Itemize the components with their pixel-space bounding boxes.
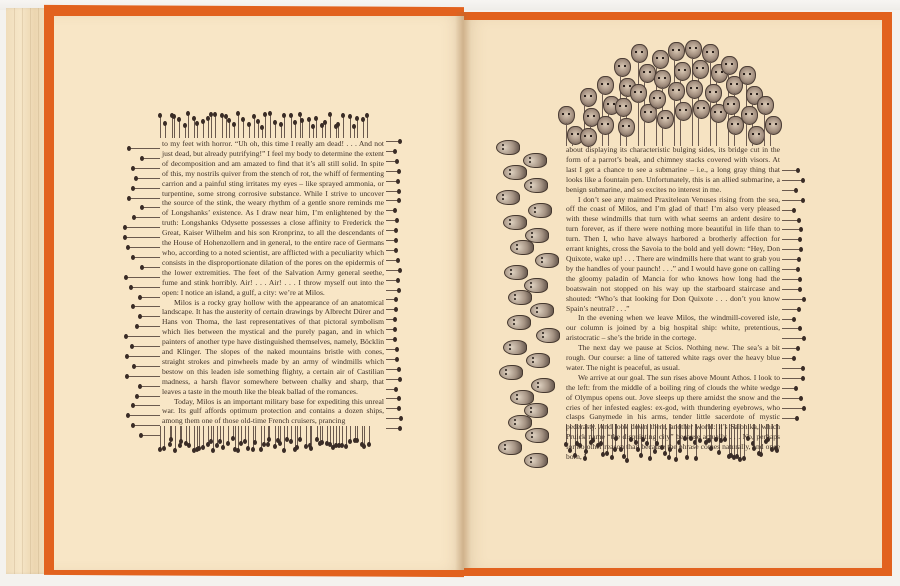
pin-mark	[386, 290, 398, 291]
pin-mark	[165, 124, 166, 138]
pin-mark	[126, 237, 160, 238]
pin-mark	[350, 117, 351, 138]
pin-mark	[327, 426, 328, 443]
pin-mark	[350, 426, 351, 441]
pin-mark	[300, 426, 301, 439]
pin-mark	[782, 328, 799, 329]
pin-mark	[386, 151, 394, 152]
paragraph: Today, Milos is an important military ba…	[162, 397, 384, 427]
drawn-head	[631, 44, 648, 63]
pin-mark	[386, 408, 398, 409]
pin-mark	[248, 426, 249, 448]
pin-mark	[782, 338, 803, 339]
drawn-head	[498, 440, 522, 455]
pin-mark	[134, 306, 160, 307]
drawn-head	[536, 328, 560, 343]
drawn-head	[685, 40, 702, 59]
drawn-head	[614, 58, 631, 77]
pin-mark	[141, 316, 160, 317]
pin-mark	[197, 124, 198, 138]
pin-mark	[386, 161, 396, 162]
pin-mark	[363, 120, 364, 138]
drawn-head	[530, 303, 554, 318]
pin-mark	[132, 287, 160, 288]
pin-mark	[386, 191, 398, 192]
pin-mark	[215, 115, 216, 138]
pin-mark	[141, 386, 160, 387]
pin-mark	[782, 279, 799, 280]
pin-mark	[302, 121, 303, 138]
pin-mark	[386, 260, 397, 261]
pin-mark	[203, 426, 204, 447]
pin-mark	[782, 388, 795, 389]
pin-mark	[129, 415, 160, 416]
drawn-head	[748, 126, 765, 145]
pin-mark	[186, 426, 187, 443]
pin-mark	[269, 426, 270, 439]
pin-mark	[265, 115, 266, 138]
pin-mark	[130, 148, 160, 149]
pin-mark	[238, 114, 239, 138]
pin-mark	[782, 220, 798, 221]
drawn-head	[503, 165, 527, 180]
pin-mark	[339, 426, 340, 445]
pin-mark	[143, 158, 160, 159]
pin-mark	[357, 119, 358, 138]
pin-mark	[171, 426, 172, 439]
pin-mark	[316, 119, 317, 138]
pin-mark	[174, 117, 175, 138]
drawn-head	[499, 365, 523, 380]
pin-mark	[313, 127, 314, 138]
head-stem	[716, 121, 717, 146]
drawn-head	[721, 56, 738, 75]
drawn-head	[674, 62, 691, 81]
pin-mark	[228, 426, 229, 443]
drawn-head	[723, 96, 740, 115]
pin-mark	[291, 426, 292, 441]
pin-mark	[782, 418, 796, 419]
pin-mark	[203, 122, 204, 138]
pin-illustration-top-left	[160, 112, 370, 138]
drawn-head	[525, 428, 549, 443]
heads-illustration-top	[548, 36, 778, 146]
pin-mark	[386, 329, 394, 330]
pin-mark	[137, 178, 160, 179]
pin-mark	[194, 426, 195, 450]
pin-mark	[386, 181, 397, 182]
drawn-head	[597, 76, 614, 95]
pin-mark	[386, 418, 400, 419]
pin-mark	[782, 180, 802, 181]
head-stem	[662, 127, 663, 146]
pin-mark	[386, 389, 395, 390]
drawn-head	[657, 110, 674, 129]
pin-mark	[189, 426, 190, 445]
pin-mark	[254, 117, 255, 138]
left-page-text: to my feet with horror. “Uh oh, this tim…	[162, 139, 384, 426]
drawn-head	[523, 153, 547, 168]
pin-mark	[386, 141, 399, 142]
pin-mark	[142, 435, 160, 436]
drawn-head	[510, 240, 534, 255]
pin-mark	[782, 200, 802, 201]
pin-mark	[249, 125, 250, 138]
drawn-head	[765, 116, 782, 135]
pin-mark	[127, 277, 160, 278]
pin-mark	[336, 426, 337, 445]
pin-mark	[172, 116, 173, 139]
head-stem	[698, 117, 699, 146]
drawn-head	[503, 340, 527, 355]
pin-mark	[129, 247, 160, 248]
pin-mark	[357, 426, 358, 440]
paragraph: We arrive at our goal. The sun rises abo…	[566, 373, 780, 462]
pin-mark	[336, 127, 337, 138]
pin-mark	[270, 114, 271, 138]
pin-mark	[354, 127, 355, 139]
pin-mark	[179, 120, 180, 138]
drawn-head	[524, 178, 548, 193]
pin-mark	[346, 426, 347, 446]
pin-mark	[782, 408, 803, 409]
head-stem	[656, 107, 657, 146]
pin-mark	[297, 426, 298, 447]
pin-mark	[362, 426, 363, 444]
pin-mark	[325, 123, 326, 138]
drawn-head	[535, 253, 559, 268]
drawn-head	[528, 203, 552, 218]
pin-mark	[386, 280, 397, 281]
pin-mark	[386, 379, 399, 380]
pin-mark	[782, 170, 797, 171]
pin-mark	[317, 426, 318, 439]
pin-mark	[181, 426, 182, 441]
pin-mark	[234, 125, 235, 138]
pin-mark	[134, 168, 160, 169]
pin-mark	[782, 210, 793, 211]
pin-mark	[222, 116, 223, 138]
drawn-head	[649, 90, 666, 109]
drawn-head	[507, 315, 531, 330]
pin-mark	[284, 116, 285, 138]
pin-mark	[782, 358, 793, 359]
pin-mark	[386, 210, 394, 211]
pin-mark	[386, 240, 395, 241]
pin-mark	[306, 426, 307, 446]
pin-mark	[386, 270, 399, 271]
drawn-head	[692, 60, 709, 79]
pin-mark	[386, 349, 396, 350]
pin-mark	[141, 297, 160, 298]
drawn-head	[675, 102, 692, 121]
drawn-head	[531, 378, 555, 393]
pin-mark	[330, 115, 331, 138]
pin-mark	[343, 116, 344, 138]
drawn-head	[503, 215, 527, 230]
right-page-text: about displaying its characteristic bulg…	[566, 145, 780, 462]
pin-mark	[211, 115, 212, 139]
paragraph: about displaying its characteristic bulg…	[566, 145, 780, 195]
pin-mark	[280, 426, 281, 443]
pin-mark	[255, 426, 256, 442]
pin-mark	[275, 123, 276, 138]
pin-mark	[782, 259, 798, 260]
pin-mark	[386, 299, 395, 300]
pin-mark	[130, 198, 160, 199]
pin-mark	[135, 366, 160, 367]
drawn-head	[741, 106, 758, 125]
pin-mark	[134, 405, 160, 406]
pin-mark	[264, 426, 265, 444]
pin-mark	[138, 326, 160, 327]
pin-mark	[386, 319, 394, 320]
pin-mark	[386, 398, 398, 399]
pin-mark	[287, 426, 288, 439]
pin-mark	[134, 188, 160, 189]
pin-mark	[782, 190, 795, 191]
pin-mark	[386, 428, 399, 429]
pin-mark	[295, 123, 296, 138]
paragraph: I don’t see any maimed Praxitelean Venus…	[566, 195, 780, 314]
pin-mark	[160, 116, 161, 138]
pin-mark	[782, 398, 800, 399]
pin-mark	[386, 369, 398, 370]
pin-mark	[281, 125, 282, 138]
pin-mark	[782, 249, 800, 250]
pin-mark	[782, 299, 803, 300]
pin-mark	[126, 227, 160, 228]
pin-mark	[364, 426, 365, 446]
pin-mark	[241, 426, 242, 443]
pin-mark	[135, 217, 160, 218]
pin-mark	[134, 425, 160, 426]
drawn-head	[615, 98, 632, 117]
pin-mark	[311, 426, 312, 448]
pin-illustration-bottom-left	[160, 426, 370, 454]
drawn-head	[757, 96, 774, 115]
pin-mark	[342, 426, 343, 445]
drawn-head	[739, 66, 756, 85]
pin-mark	[175, 426, 176, 450]
head-stem	[680, 119, 681, 146]
pin-mark	[128, 356, 160, 357]
drawn-head	[508, 415, 532, 430]
drawn-head	[668, 42, 685, 61]
drawn-head	[504, 265, 528, 280]
pin-mark	[238, 426, 239, 450]
open-book: to my feet with horror. “Uh oh, this tim…	[0, 0, 900, 586]
pin-mark	[291, 116, 292, 138]
paragraph: to my feet with horror. “Uh oh, this tim…	[162, 139, 384, 298]
head-stem	[644, 121, 645, 146]
drawn-head	[508, 290, 532, 305]
pin-mark	[322, 126, 323, 138]
drawn-head	[686, 80, 703, 99]
drawn-head	[524, 453, 548, 468]
pin-mark	[782, 378, 802, 379]
pin-mark	[245, 426, 246, 441]
pin-mark	[220, 426, 221, 441]
pin-mark	[128, 376, 160, 377]
drawn-head	[526, 353, 550, 368]
pin-mark	[782, 348, 797, 349]
pin-mark	[782, 269, 797, 270]
pin-mark	[782, 319, 793, 320]
pin-mark	[367, 116, 368, 138]
pin-mark	[386, 309, 395, 310]
pin-mark	[133, 346, 160, 347]
pin-mark	[330, 426, 331, 444]
pin-mark	[208, 119, 209, 138]
drawn-head	[705, 84, 722, 103]
pin-mark	[386, 230, 395, 231]
pin-mark	[138, 396, 160, 397]
pin-mark	[143, 267, 160, 268]
pin-mark	[185, 126, 186, 138]
pin-mark	[188, 114, 189, 138]
heads-illustration-left-margin	[490, 140, 570, 470]
pin-mark	[160, 426, 161, 449]
drawn-head	[580, 88, 597, 107]
pin-mark	[782, 368, 802, 369]
pin-mark	[309, 120, 310, 138]
pin-mark	[386, 220, 396, 221]
pin-mark	[782, 229, 800, 230]
paragraph: Milos is a rocky gray hollow with the ap…	[162, 298, 384, 397]
pin-mark	[782, 239, 799, 240]
drawn-head	[496, 140, 520, 155]
book-gutter	[455, 12, 471, 570]
pin-mark	[338, 125, 339, 139]
pin-mark	[258, 122, 259, 138]
pin-mark	[223, 426, 224, 447]
pin-mark	[143, 207, 160, 208]
drawn-head	[668, 82, 685, 101]
pin-mark	[164, 426, 165, 448]
pin-mark	[275, 426, 276, 446]
pin-mark	[262, 128, 263, 138]
paragraph: The next day we pause at Scios. Nothing …	[566, 343, 780, 373]
pin-mark	[235, 426, 236, 449]
pin-mark	[386, 171, 398, 172]
pin-mark	[782, 289, 799, 290]
pin-mark	[322, 426, 323, 442]
pin-mark	[386, 200, 398, 201]
pin-mark	[229, 121, 230, 138]
pin-mark	[386, 250, 395, 251]
pin-mark	[386, 359, 396, 360]
pin-mark	[233, 426, 234, 438]
pin-mark	[213, 426, 214, 450]
pin-mark	[199, 426, 200, 448]
pin-mark	[386, 339, 394, 340]
pin-mark	[134, 257, 160, 258]
pin-mark	[127, 336, 160, 337]
drawn-head	[652, 50, 669, 69]
drawn-head	[597, 116, 614, 135]
head-stem	[746, 123, 747, 146]
pin-mark	[369, 426, 370, 444]
drawn-head	[693, 100, 710, 119]
drawn-head	[496, 190, 520, 205]
paragraph: In the evening when we leave Milos, the …	[566, 313, 780, 343]
pin-mark	[243, 120, 244, 138]
pin-mark	[782, 309, 798, 310]
head-stem	[638, 101, 639, 146]
